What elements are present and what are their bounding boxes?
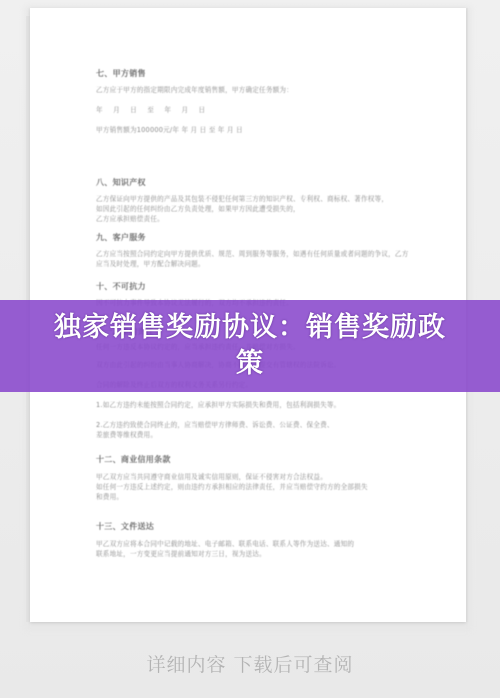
section-title: 十二、商业信用条款: [96, 454, 171, 465]
paragraph: 甲方销售额为100000元/年 年 月 日 至 年 月 日: [96, 125, 426, 135]
paragraph: 乙方应于甲方的指定期限内完成年度销售额，甲方确定任务额为：: [96, 85, 426, 95]
section-title: 七、甲方销售: [96, 68, 146, 79]
paragraph: 甲乙双方应将本合同中记载的地址、电子邮箱、联系电话、联系人等作为送达、通知的 联…: [96, 539, 426, 559]
download-hint: 详细内容 下载后可查阅: [0, 650, 500, 677]
paragraph: 乙方保证向甲方提供的产品及其包装不侵犯任何第三方的知识产权、专利权、商标权、著作…: [96, 194, 426, 224]
section-title: 九、客户服务: [96, 232, 146, 243]
section-title: 八、知识产权: [96, 177, 146, 188]
banner-title: 独家销售奖励协议：销售奖励政策: [50, 310, 450, 382]
section-title: 十三、文件送达: [96, 521, 154, 532]
document-preview: 七、甲方销售 乙方应于甲方的指定期限内完成年度销售额，甲方确定任务额为： 年 月…: [0, 0, 500, 698]
paragraph: 乙方应当按照合同约定向甲方提供优质、规范、周到服务等服务，如遇有任何质量或者问题…: [96, 249, 426, 269]
section-title: 十、不可抗力: [96, 281, 146, 292]
paragraph: 2.乙方违约致使合同终止的，应当赔偿甲方律师费、诉讼费、公证费、保全费、 差旅费…: [96, 420, 426, 440]
paragraph: 甲乙双方应当共同遵守商业信用及诚实信用原则，保证不侵害对方合法权益。 如任何一方…: [96, 472, 426, 502]
paragraph: 1.如乙方违约未能按照合同约定，应承担甲方实际损失和费用，包括利润损失等。: [96, 400, 426, 410]
title-banner: 独家销售奖励协议：销售奖励政策: [0, 300, 500, 392]
paragraph: 年 月 日 至 年 月 日: [96, 105, 426, 115]
